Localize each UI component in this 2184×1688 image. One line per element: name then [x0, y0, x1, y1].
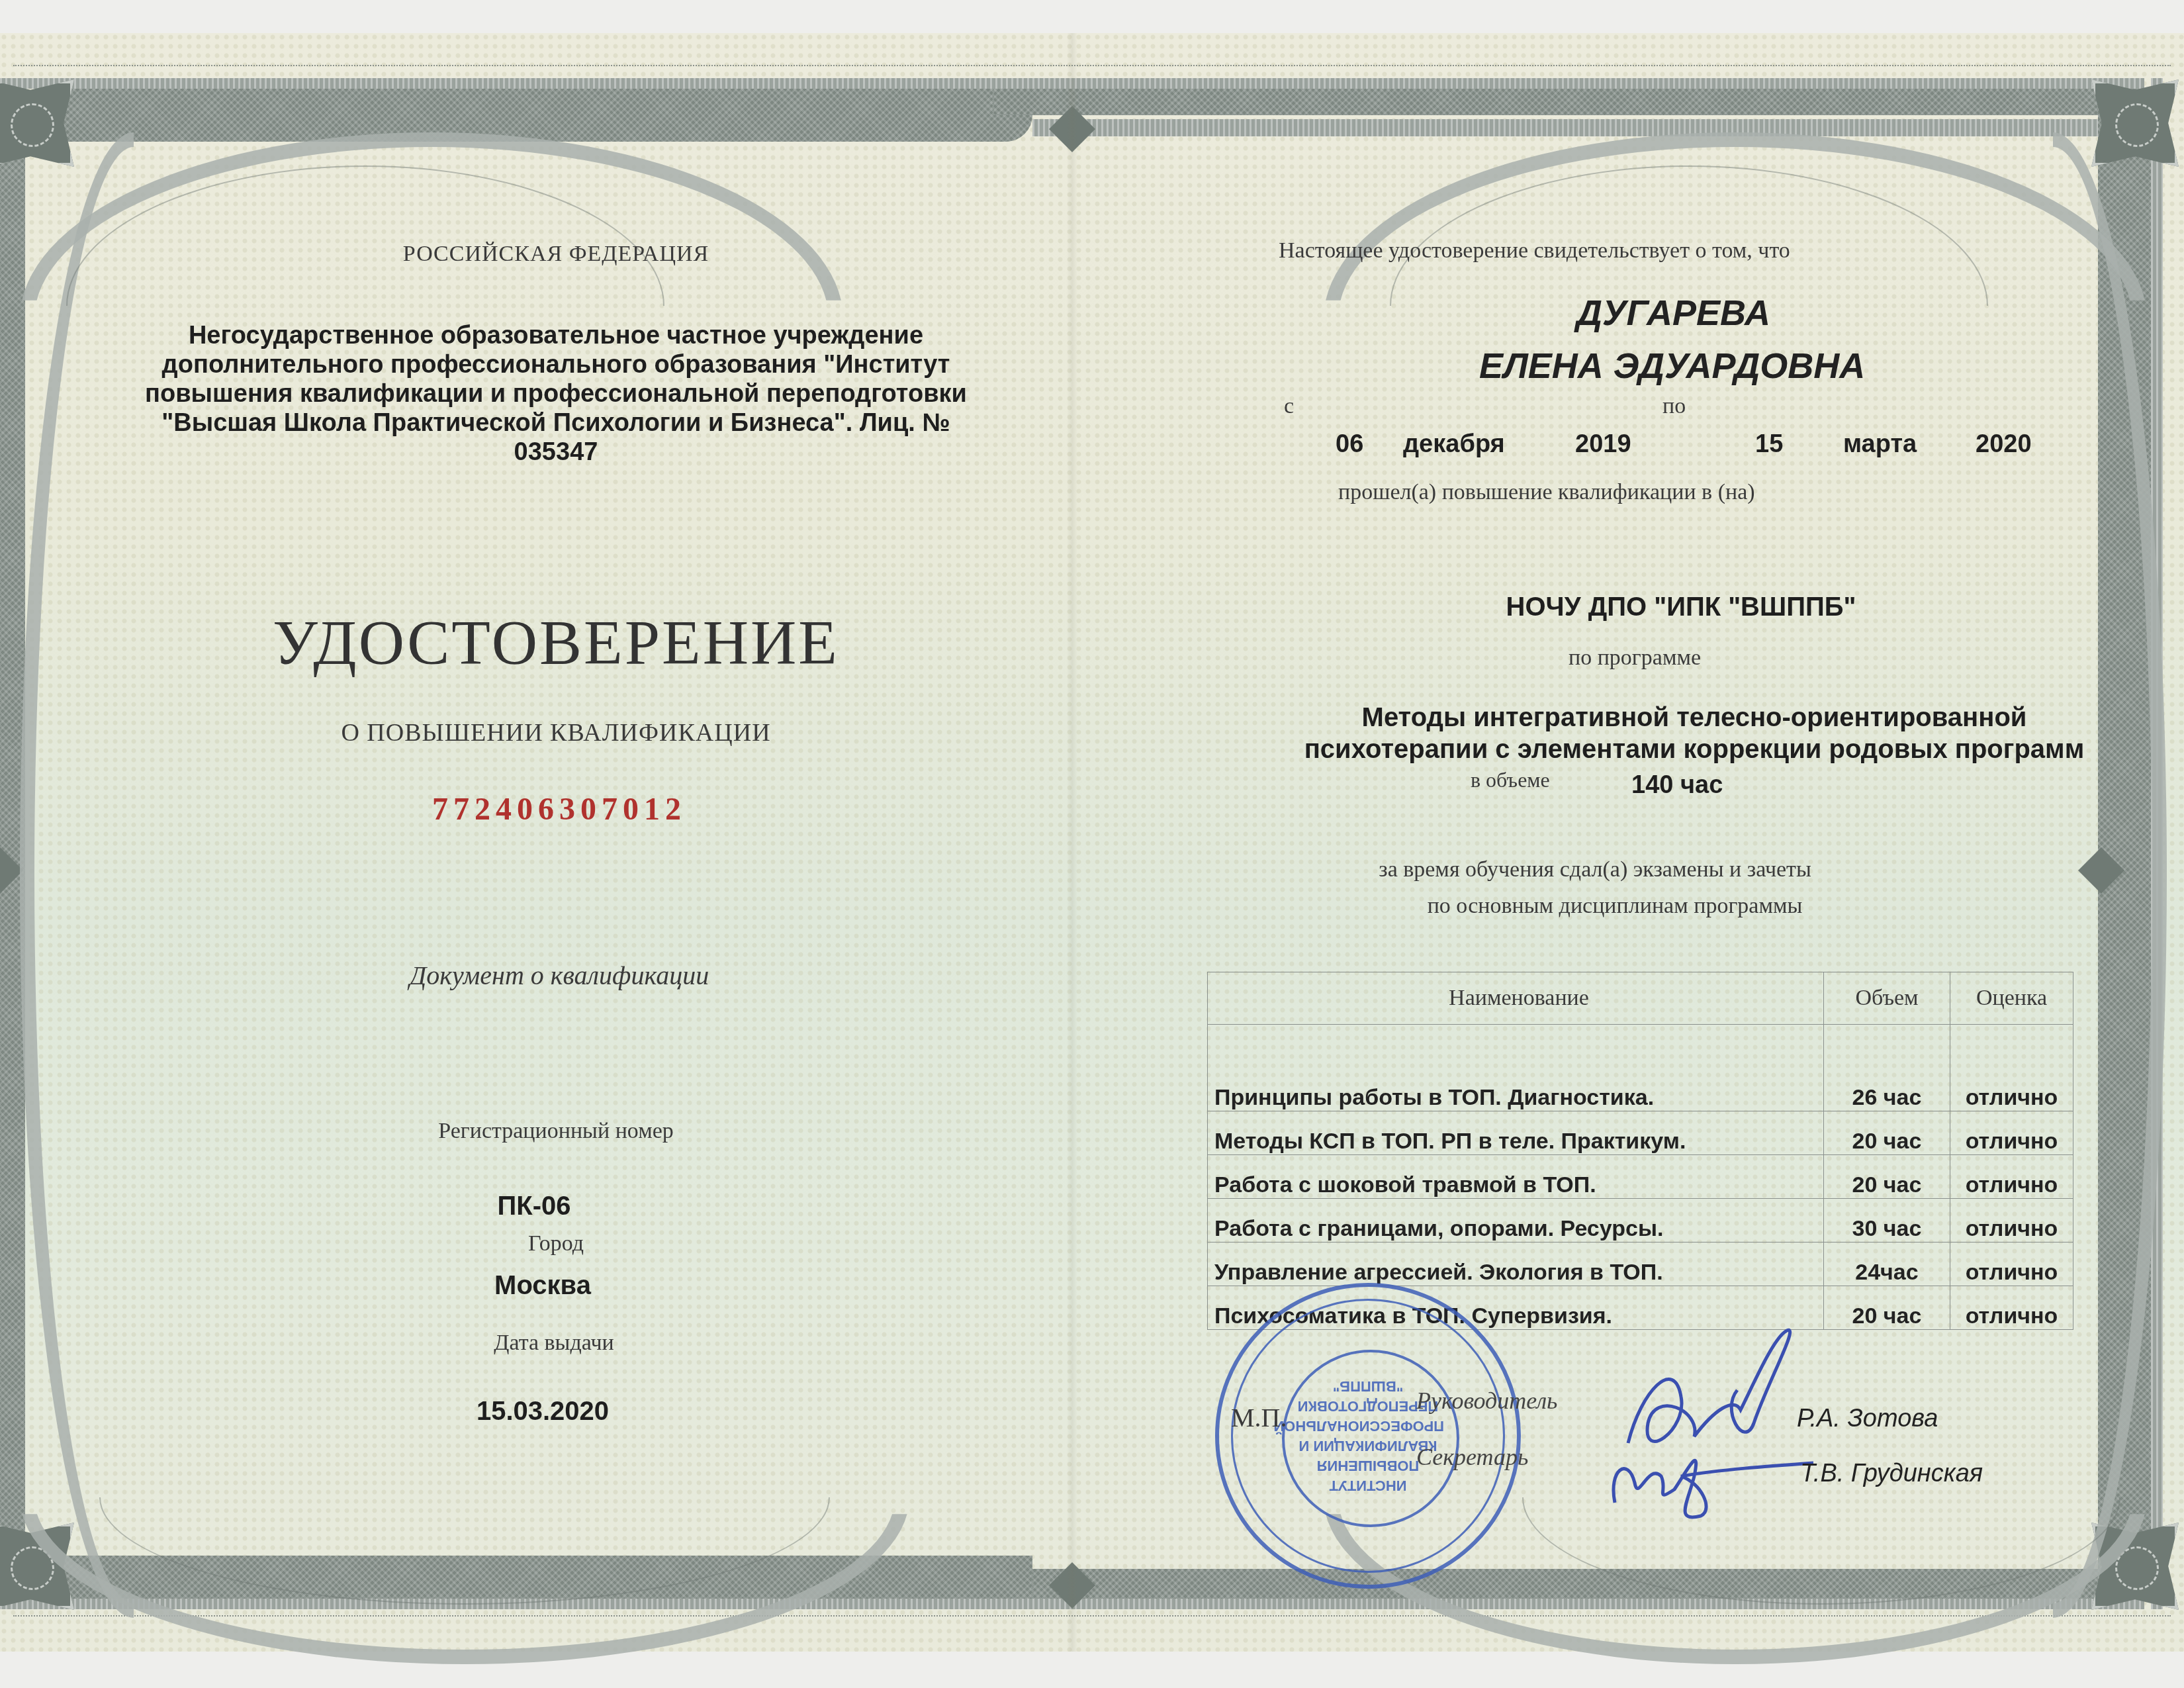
- discipline-grade: отлично: [1950, 1199, 2073, 1243]
- discipline-volume: 30 час: [1824, 1199, 1950, 1243]
- discipline-volume: 24час: [1824, 1243, 1950, 1286]
- secretary-name: Т.В. Грудинская: [1800, 1460, 1983, 1488]
- to-day: 15: [1755, 430, 1783, 459]
- registration-number-label: Регистрационный номер: [438, 1119, 674, 1144]
- guilloche-pattern-bottom-left: [99, 1390, 830, 1605]
- to-year: 2020: [1976, 430, 2032, 459]
- institution-line: повышения квалификации и профессионально…: [93, 379, 1019, 408]
- column-header-volume: Объем: [1824, 972, 1950, 1025]
- discipline-grade: отлично: [1950, 1286, 2073, 1330]
- exams-text-line: за время обучения сдал(а) экзамены и зач…: [1379, 857, 1811, 882]
- institution-line: "Высшая Школа Практической Психологии и …: [93, 408, 1019, 438]
- discipline-grade: отлично: [1950, 1111, 2073, 1155]
- director-label: Руководитель: [1416, 1387, 1558, 1415]
- discipline-volume: 26 час: [1824, 1025, 1950, 1111]
- discipline-name: Управление агрессией. Экология в ТОП.: [1208, 1243, 1824, 1286]
- volume-value: 140 час: [1631, 771, 1723, 800]
- certifies-text: Настоящее удостоверение свидетельствует …: [1279, 238, 1790, 263]
- official-seal: ИНСТИТУТ ПОВЫШЕНИЯ КВАЛИФИКАЦИИ И ПРОФЕС…: [1215, 1283, 1521, 1589]
- program-name: Методы интегративной телесно-ориентирова…: [1304, 702, 2085, 765]
- institution-line: 035347: [93, 438, 1019, 467]
- document-subtitle: О ПОВЫШЕНИИ КВАЛИФИКАЦИИ: [341, 718, 770, 747]
- discipline-grade: отлично: [1950, 1025, 2073, 1111]
- from-label: с: [1284, 394, 1294, 419]
- exams-text-line: по основным дисциплинам программы: [1428, 894, 1803, 919]
- program-label: по программе: [1569, 645, 1701, 671]
- discipline-grade: отлично: [1950, 1243, 2073, 1286]
- institution-line: Негосударственное образовательное частно…: [93, 321, 1019, 350]
- table-row: Управление агрессией. Экология в ТОП.24ч…: [1208, 1243, 2073, 1286]
- seal-place-label: М.П.: [1231, 1402, 1287, 1433]
- certificate-spread: РОССИЙСКАЯ ФЕДЕРАЦИЯ Негосударственное о…: [0, 33, 2184, 1652]
- frame-top-band-left: [40, 89, 1032, 142]
- director-name: Р.А. Зотова: [1797, 1405, 1938, 1433]
- table-row: Работа с шоковой травмой в ТОП.20 часотл…: [1208, 1155, 2073, 1199]
- frame-top-band-right: [993, 89, 2151, 115]
- discipline-name: Принципы работы в ТОП. Диагностика.: [1208, 1025, 1824, 1111]
- document-type: Документ о квалификации: [410, 960, 709, 991]
- serial-number: 772406307012: [432, 791, 686, 827]
- completed-text: прошел(а) повышение квалификации в (на): [1338, 480, 1755, 505]
- column-header-name: Наименование: [1208, 972, 1824, 1025]
- from-month: декабря: [1403, 430, 1505, 459]
- discipline-name: Методы КСП в ТОП. РП в теле. Практикум.: [1208, 1111, 1824, 1155]
- corner-ornament-top-right: [2091, 79, 2179, 167]
- guilloche-rope-right: [1939, 132, 2167, 1618]
- country-label: РОССИЙСКАЯ ФЕДЕРАЦИЯ: [403, 242, 709, 267]
- frame-top-line: [13, 65, 2171, 66]
- corner-ornament-top-left: [0, 79, 74, 167]
- table-row: Методы КСП в ТОП. РП в теле. Практикум.2…: [1208, 1111, 2073, 1155]
- column-header-grade: Оценка: [1950, 972, 2073, 1025]
- from-year: 2019: [1575, 430, 1631, 459]
- institution-name: Негосударственное образовательное частно…: [93, 321, 1019, 467]
- organization-short-name: НОЧУ ДПО "ИПК "ВШППБ": [1506, 592, 1856, 622]
- from-day: 06: [1336, 430, 1363, 459]
- discipline-volume: 20 час: [1824, 1111, 1950, 1155]
- institution-line: дополнительного профессионального образо…: [93, 350, 1019, 379]
- center-fold: [1067, 33, 1077, 1652]
- disciplines-table: Наименование Объем Оценка Принципы работ…: [1207, 972, 2073, 1330]
- discipline-name: Работа с шоковой травмой в ТОП.: [1208, 1155, 1824, 1199]
- registration-number: ПК-06: [498, 1192, 571, 1221]
- to-label: по: [1662, 394, 1686, 419]
- city-label: Город: [528, 1231, 584, 1256]
- frame-top-inner-band: [1032, 119, 2144, 136]
- table-header-row: Наименование Объем Оценка: [1208, 972, 2073, 1025]
- secretary-label: Секретарь: [1416, 1443, 1528, 1471]
- to-month: марта: [1843, 430, 1917, 459]
- document-title: УДОСТОВЕРЕНИЕ: [273, 606, 839, 679]
- program-line: Методы интегративной телесно-ориентирова…: [1304, 702, 2085, 733]
- secretary-signature: [1602, 1430, 1827, 1529]
- discipline-grade: отлично: [1950, 1155, 2073, 1199]
- issue-date-label: Дата выдачи: [494, 1331, 614, 1356]
- table-row: Принципы работы в ТОП. Диагностика.26 ча…: [1208, 1025, 2073, 1111]
- holder-given-names: ЕЛЕНА ЭДУАРДОВНА: [1479, 346, 1865, 387]
- discipline-name: Работа с границами, опорами. Ресурсы.: [1208, 1199, 1824, 1243]
- city: Москва: [494, 1271, 591, 1301]
- discipline-volume: 20 час: [1824, 1155, 1950, 1199]
- volume-label: в объеме: [1471, 768, 1550, 792]
- program-line: психотерапии с элементами коррекции родо…: [1304, 733, 2085, 765]
- table-row: Работа с границами, опорами. Ресурсы.30 …: [1208, 1199, 2073, 1243]
- discipline-volume: 20 час: [1824, 1286, 1950, 1330]
- holder-surname: ДУГАРЕВА: [1576, 293, 1770, 334]
- issue-date: 15.03.2020: [477, 1397, 609, 1427]
